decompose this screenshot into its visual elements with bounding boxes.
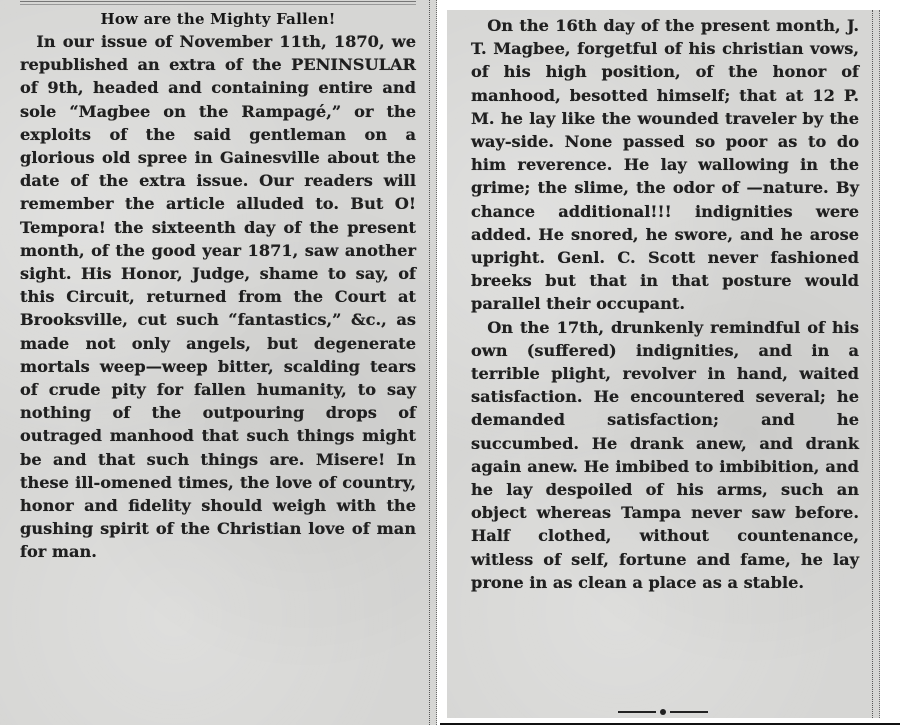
end-ornament-icon [618,709,708,715]
left-newspaper-clipping: How are the Mighty Fallen! In our issue … [0,0,437,725]
article-paragraph: In our issue of November 11th, 1870, we … [20,30,416,564]
right-newspaper-clipping: On the 16th day of the present month, J.… [447,10,880,718]
article-body-right: On the 16th day of the present month, J.… [471,10,859,594]
column-rule-divider [872,10,873,718]
column-rule-divider [429,0,430,725]
article-headline: How are the Mighty Fallen! [20,10,416,28]
article-paragraph: On the 16th day of the present month, J.… [471,14,859,316]
article-body-left: In our issue of November 11th, 1870, we … [20,30,416,564]
article-paragraph: On the 17th, drunkenly remindful of his … [471,316,859,594]
top-rule-divider [20,1,416,5]
